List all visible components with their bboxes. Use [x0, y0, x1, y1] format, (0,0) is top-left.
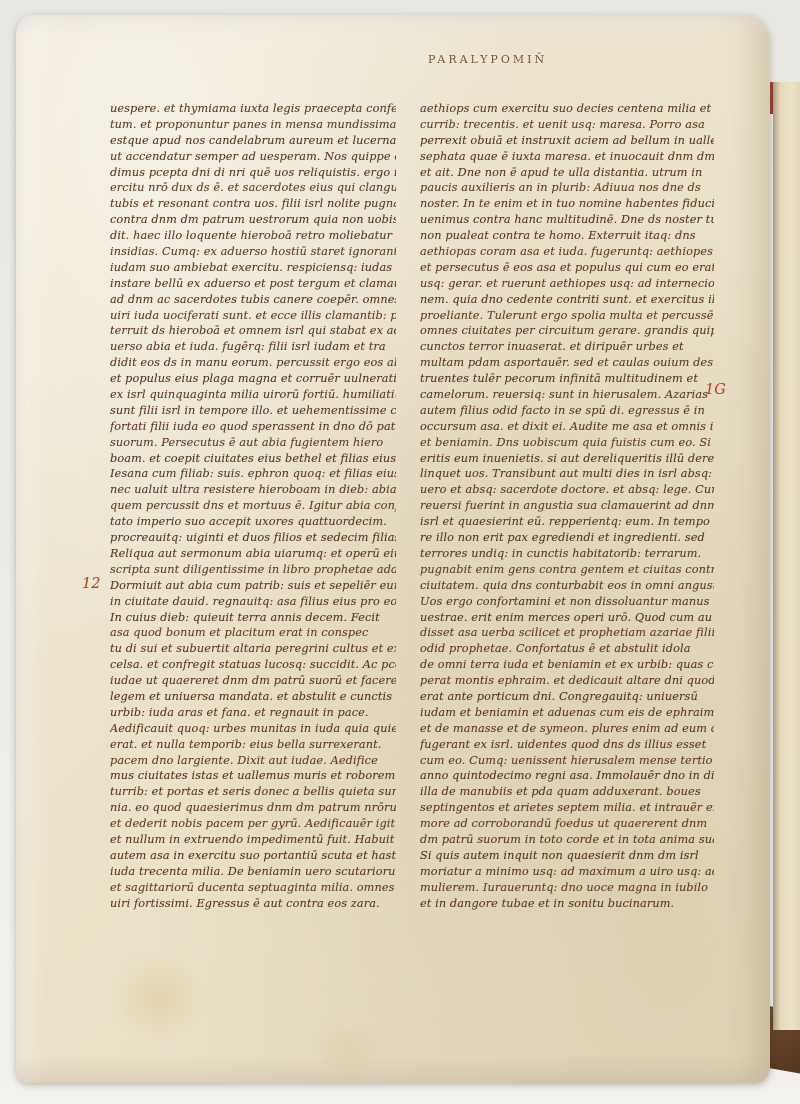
chapter-numeral-left-margin: 12 — [82, 576, 100, 592]
text-line: cum eo. Cumq: uenissent hierusalem mense… — [420, 753, 714, 769]
text-line: boam. et coepit ciuitates eius bethel et… — [110, 451, 396, 467]
running-title: PARALYPOMIN̄ — [428, 53, 547, 66]
text-line: et dederit nobis pacem per gyrū. Aedific… — [110, 816, 396, 832]
text-line: et sagittariorū ducenta septuaginta mili… — [110, 880, 396, 896]
text-line: Iesana cum filiab: suis. ephron quoq: et… — [110, 466, 396, 482]
text-line: in ciuitate dauid. regnauitq: asa filius… — [110, 594, 396, 610]
text-line: ex isrl quinquaginta milia uirorū fortiū… — [110, 387, 396, 403]
text-line: nec ualuit ultra resistere hieroboam in … — [110, 482, 396, 498]
text-line: usq: gerar. et ruerunt aethiopes usq: ad… — [420, 276, 714, 292]
text-line: omnes ciuitates per circuitum gerare. gr… — [420, 323, 714, 339]
text-line: iudam et beniamin et aduenas cum eis de … — [420, 705, 714, 721]
text-line: ut accendatur semper ad uesperam. Nos qu… — [110, 149, 396, 165]
text-line: cunctos terror inuaserat. et diripuēr ur… — [420, 339, 714, 355]
text-line: tu di sui et subuertit altaria peregrini… — [110, 641, 396, 657]
text-line: contra dnm dm patrum uestrorum quia non … — [110, 212, 396, 228]
text-line: occursum asa. et dixit ei. Audite me asa… — [420, 419, 714, 435]
text-line: urbib: iuda aras et fana. et regnauit in… — [110, 705, 396, 721]
text-line: de omni terra iuda et beniamin et ex urb… — [420, 657, 714, 673]
text-line: uiri fortissimi. Egressus ē aut contra e… — [110, 896, 396, 912]
text-line: uero et absq: sacerdote doctore. et absq… — [420, 482, 714, 498]
text-line: didit eos ds in manu eorum. percussit er… — [110, 355, 396, 371]
text-line: erat. et nulla temporib: eius bella surr… — [110, 737, 396, 753]
text-line: uespere. et thymiama iuxta legis praecep… — [110, 101, 396, 117]
text-line: nia. eo quod quaesierimus dnm dm patrum … — [110, 800, 396, 816]
text-line: et beniamin. Dns uobiscum quia fuistis c… — [420, 435, 714, 451]
text-line: celsa. et confregit statuas lucosq: succ… — [110, 657, 396, 673]
text-line: linquet uos. Transibunt aut multi dies i… — [420, 466, 714, 482]
text-line: estque apud nos candelabrum aureum et lu… — [110, 133, 396, 149]
text-line: mus ciuitates istas et uallemus muris et… — [110, 768, 396, 784]
text-line: tubis et resonant contra uos. filii isrl… — [110, 196, 396, 212]
text-column-left: uespere. et thymiama iuxta legis praecep… — [110, 101, 396, 911]
text-line: Uos ergo confortamini et non dissoluantu… — [420, 594, 714, 610]
text-line: uenimus contra hanc multitudinē. Dne ds … — [420, 212, 714, 228]
text-line: Dormiuit aut abia cum patrib: suis et se… — [110, 578, 396, 594]
text-line: truentes tulēr pecorum infinitā multitud… — [420, 371, 714, 387]
text-line: camelorum. reuersiq: sunt in hierusalem.… — [420, 387, 714, 403]
text-line: ad dnm ac sacerdotes tubis canere coepēr… — [110, 292, 396, 308]
text-line: turrib: et portas et seris donec a belli… — [110, 784, 396, 800]
text-line: ciuitatem. quia dns conturbabit eos in o… — [420, 578, 714, 594]
text-line: perat montis ephraim. et dedicauit altar… — [420, 673, 714, 689]
text-line: et persecutus ē eos asa et populus qui c… — [420, 260, 714, 276]
text-line: septingentos et arietes septem milia. et… — [420, 800, 714, 816]
text-line: pugnabit enim gens contra gentem et ciui… — [420, 562, 714, 578]
text-line: moriatur a minimo usq: ad maximum a uiro… — [420, 864, 714, 880]
text-line: terrores undiq: in cunctis habitatorib: … — [420, 546, 714, 562]
text-line: uiri iuda uociferati sunt. et ecce illis… — [110, 308, 396, 324]
manuscript-page: PARALYPOMIN̄ uespere. et thymiama iuxta … — [16, 15, 770, 1083]
text-line: scripta sunt diligentissime in libro pro… — [110, 562, 396, 578]
text-line: re illo non erit pax egrediendi et ingre… — [420, 530, 714, 546]
text-line: Si quis autem inquit non quaesierit dnm … — [420, 848, 714, 864]
text-line: illa de manubiis et pda quam adduxerant.… — [420, 784, 714, 800]
text-line: tum. et proponuntur panes in mensa mundi… — [110, 117, 396, 133]
text-line: terruit ds hieroboā et omnem isrl qui st… — [110, 323, 396, 339]
text-line: sunt filii isrl in tempore illo. et uehe… — [110, 403, 396, 419]
text-line: procreauitq: uiginti et duos filios et s… — [110, 530, 396, 546]
text-line: aethiops cum exercitu suo decies centena… — [420, 101, 714, 117]
text-line: et de manasse et de symeon. plures enim … — [420, 721, 714, 737]
text-line: autem asa in exercitu suo portantiū scut… — [110, 848, 396, 864]
text-line: non pualeat contra te homo. Exterruit it… — [420, 228, 714, 244]
text-line: et nullum in extruendo impedimentū fuit.… — [110, 832, 396, 848]
text-line: uestrae. erit enim merces operi urō. Quo… — [420, 610, 714, 626]
text-column-right: aethiops cum exercitu suo decies centena… — [420, 101, 714, 911]
text-line: iuda trecenta milia. De beniamin uero sc… — [110, 864, 396, 880]
text-line: instare bellū ex aduerso et post tergum … — [110, 276, 396, 292]
text-line: insidias. Cumq: ex aduerso hostiū staret… — [110, 244, 396, 260]
text-line: disset asa uerba scilicet et prophetiam … — [420, 625, 714, 641]
text-line: more ad corroborandū foedus ut quaereren… — [420, 816, 714, 832]
text-line: multam pdam asportauēr. sed et caulas ou… — [420, 355, 714, 371]
text-line: autem filius odid facto in se spū di. eg… — [420, 403, 714, 419]
text-line: dimus pcepta dni di nri quē uos reliquis… — [110, 165, 396, 181]
text-line: noster. In te enim et in tuo nomine habe… — [420, 196, 714, 212]
text-block: uespere. et thymiama iuxta legis praecep… — [110, 101, 714, 911]
text-line: proeliante. Tulerunt ergo spolia multa e… — [420, 308, 714, 324]
text-line: Reliqua aut sermonum abia uiarumq: et op… — [110, 546, 396, 562]
text-line: iudae ut quaereret dnm dm patrū suorū et… — [110, 673, 396, 689]
text-line: iudam suo ambiebat exercitu. respiciensq… — [110, 260, 396, 276]
text-line: et in dangore tubae et in sonitu bucinar… — [420, 896, 714, 912]
text-line: aethiopas coram asa et iuda. fugeruntq: … — [420, 244, 714, 260]
text-line: currib: trecentis. et uenit usq: maresa.… — [420, 117, 714, 133]
text-line: eritis eum inuenietis. si aut dereliquer… — [420, 451, 714, 467]
text-line: anno quintodecimo regni asa. Immolauēr d… — [420, 768, 714, 784]
text-line: dm patrū suorum in toto corde et in tota… — [420, 832, 714, 848]
text-line: paucis auxilieris an in plurib: Adiuua n… — [420, 180, 714, 196]
text-line: Aedificauit quoq: urbes munitas in iuda … — [110, 721, 396, 737]
text-line: dit. haec illo loquente hieroboā retro m… — [110, 228, 396, 244]
text-line: perrexit obuiā et instruxit aciem ad bel… — [420, 133, 714, 149]
text-line: uerso abia et iuda. fugērq: filii isrl i… — [110, 339, 396, 355]
facing-pages-fore-edge — [773, 82, 800, 1030]
text-line: pacem dno largiente. Dixit aut iudae. Ae… — [110, 753, 396, 769]
text-line: tato imperio suo accepit uxores quattuor… — [110, 514, 396, 530]
text-line: In cuius dieb: quieuit terra annis decem… — [110, 610, 396, 626]
text-line: asa quod bonum et placitum erat in consp… — [110, 625, 396, 641]
photo-backdrop: PARALYPOMIN̄ uespere. et thymiama iuxta … — [0, 0, 800, 1104]
text-line: mulierem. Iuraueruntq: dno uoce magna in… — [420, 880, 714, 896]
text-line: et populus eius plaga magna et corruēr u… — [110, 371, 396, 387]
text-line: et ait. Dne non ē apud te ulla distantia… — [420, 165, 714, 181]
text-line: erat ante porticum dni. Congregauitq: un… — [420, 689, 714, 705]
chapter-numeral-right-margin: 1G — [705, 382, 726, 398]
text-line: quem percussit dns et mortuus ē. Igitur … — [110, 498, 396, 514]
text-line: fugerant ex isrl. uidentes quod dns ds i… — [420, 737, 714, 753]
text-line: ercitu nrō dux ds ē. et sacerdotes eius … — [110, 180, 396, 196]
text-line: legem et uniuersa mandata. et abstulit e… — [110, 689, 396, 705]
text-line: suorum. Persecutus ē aut abia fugientem … — [110, 435, 396, 451]
text-line: isrl et quaesierint eū. repperientq: eum… — [420, 514, 714, 530]
text-line: reuersi fuerint in angustia sua clamauer… — [420, 498, 714, 514]
text-line: nem. quia dno cedente contriti sunt. et … — [420, 292, 714, 308]
text-line: fortati filii iuda eo quod sperassent in… — [110, 419, 396, 435]
text-line: odid prophetae. Confortatus ē et abstuli… — [420, 641, 714, 657]
text-line: sephata quae ē iuxta maresa. et inuocaui… — [420, 149, 714, 165]
